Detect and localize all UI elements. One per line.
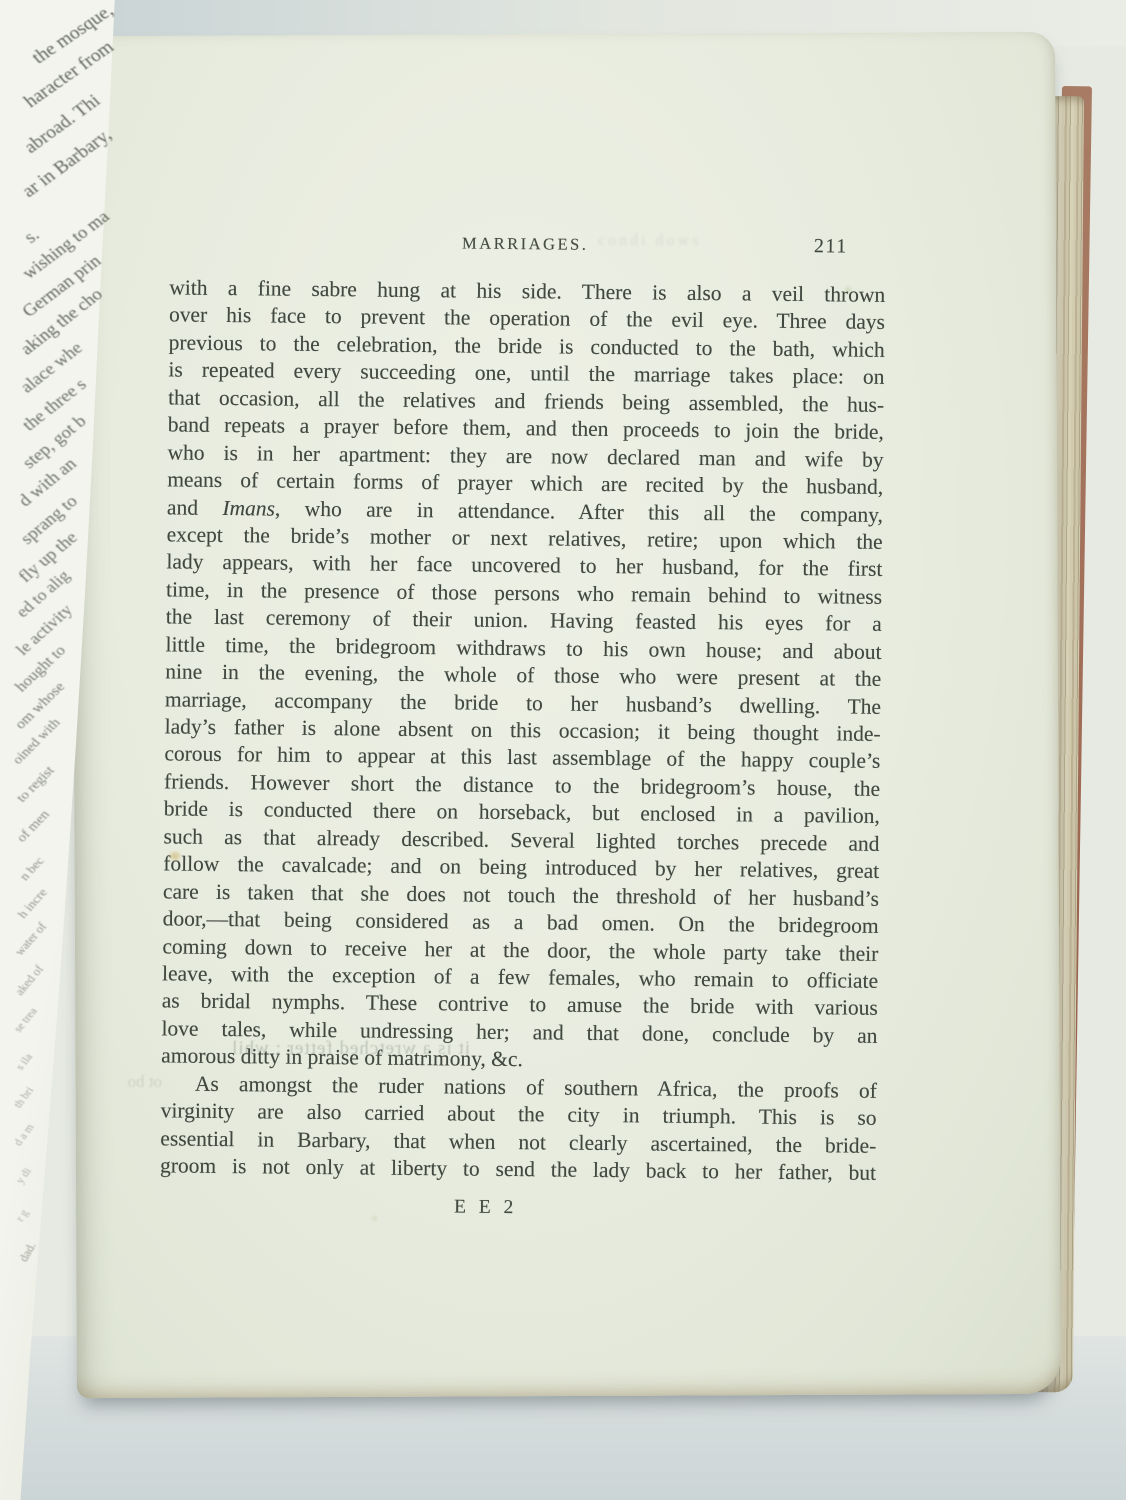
left-page-text-fragment: d a m bbox=[12, 1122, 37, 1148]
left-page-text-fragment: se trea bbox=[12, 1006, 40, 1035]
book-photo-scene: MARRIAGES. 211 with a fine sabre hung at… bbox=[0, 0, 1126, 1500]
text-segment: and bbox=[167, 495, 223, 520]
left-page-text-fragment: dad. bbox=[16, 1240, 40, 1264]
printed-text-block: MARRIAGES. 211 with a fine sabre hung at… bbox=[160, 228, 886, 1223]
left-page-text-fragment: r g bbox=[14, 1208, 31, 1224]
text-segment: , who are in attendance. After this all … bbox=[275, 496, 883, 526]
body-text: with a fine sabre hung at his side. Ther… bbox=[160, 274, 885, 1187]
left-page-text-fragment: water of bbox=[12, 920, 50, 959]
previous-page-text: the mosque,haracter fromabroad. Thiar in… bbox=[14, 6, 164, 1500]
left-page-text-fragment: y di bbox=[14, 1166, 34, 1186]
left-page-text-fragment: n bec bbox=[16, 854, 48, 884]
left-page-text-fragment: of men bbox=[14, 808, 54, 846]
left-page-text-fragment: to regist bbox=[14, 764, 59, 806]
left-page-text-fragment: s. bbox=[20, 225, 45, 249]
left-page-text-fragment: th bri bbox=[12, 1085, 37, 1110]
italic-term: Imans bbox=[222, 495, 275, 520]
left-page-text-fragment: h incre bbox=[14, 885, 51, 921]
running-head: MARRIAGES. bbox=[462, 233, 589, 254]
signature-mark: E E 2 bbox=[128, 1193, 844, 1222]
page-number: 211 bbox=[814, 235, 848, 258]
left-page-text-fragment: aked of bbox=[12, 963, 47, 999]
page-header: MARRIAGES. 211 bbox=[170, 228, 886, 261]
book-page: MARRIAGES. 211 with a fine sabre hung at… bbox=[71, 32, 1061, 1398]
left-page-text-fragment: s ila bbox=[14, 1052, 35, 1073]
